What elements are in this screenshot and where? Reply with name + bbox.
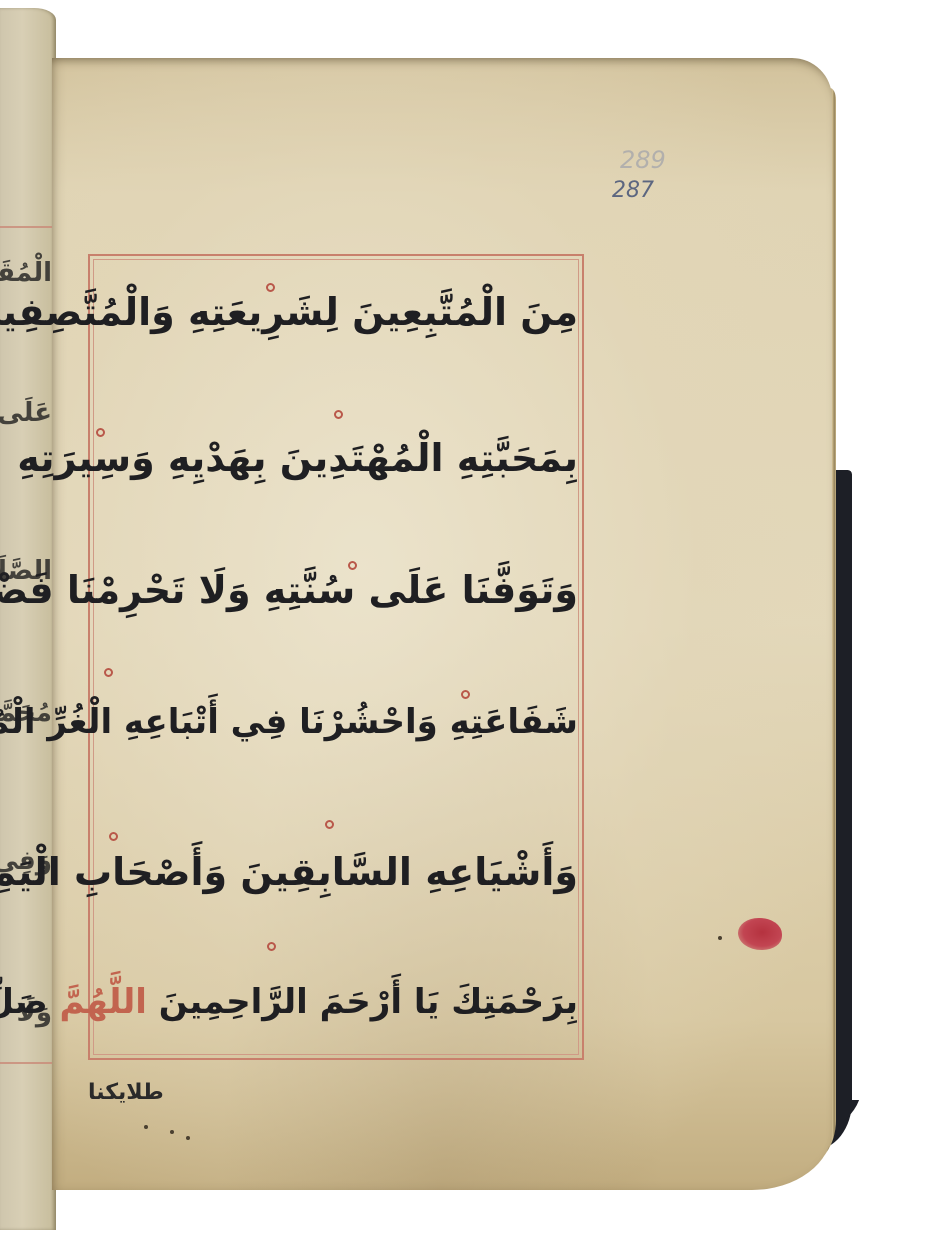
text-line-1: مِنَ الْمُتَّبِعِينَ لِشَرِيعَتِهِ وَالْ… [100,282,578,342]
left-page-frame-rule-bottom [0,1062,56,1064]
text-line-5: وَأَشْيَاعِهِ السَّابِقِينَ وَأَصْحَابِ … [100,842,578,902]
red-pause-marker [348,561,357,570]
text-line-6-tail: صَلِّ عَلَى [0,982,48,1022]
paper-speck [186,1136,190,1140]
text-line-4: شَفَاعَتِهِ وَاحْشُرْنَا فِي أَتْبَاعِهِ… [100,692,578,752]
red-ink-stain [738,918,782,950]
red-pause-marker [267,942,276,951]
rubric-allahumma: اللَّهُمَّ [60,982,147,1022]
catchword: طلايكنا [88,1080,164,1105]
shelfmark-folio-number: 287 [612,178,654,203]
red-pause-marker [104,668,113,677]
paper-speck [144,1125,148,1129]
left-page-text-fragment: عَلَى الْمُطَا [0,398,52,428]
shelfmark-old-folio-number: 289 [620,146,666,174]
text-block-frame [88,254,584,1060]
paper-speck [718,936,722,940]
text-line-6-main: بِرَحْمَتِكَ يَا أَرْحَمَ الرَّاحِمِينَ [159,982,578,1022]
red-pause-marker [461,690,470,699]
red-pause-marker [96,428,105,437]
red-pause-marker [325,820,334,829]
text-line-6: بِرَحْمَتِكَ يَا أَرْحَمَ الرَّاحِمِينَ … [100,972,578,1032]
red-pause-marker [109,832,118,841]
left-page-frame-rule-top [0,226,56,228]
red-pause-marker [334,410,343,419]
red-pause-marker [266,283,275,292]
paper-speck [170,1130,174,1134]
text-line-3: وَتَوَفَّنَا عَلَى سُنَّتِهِ وَلَا تَحْر… [100,560,578,620]
text-line-2: بِمَحَبَّتِهِ الْمُهْتَدِينَ بِهَدْيِهِ … [100,428,578,488]
